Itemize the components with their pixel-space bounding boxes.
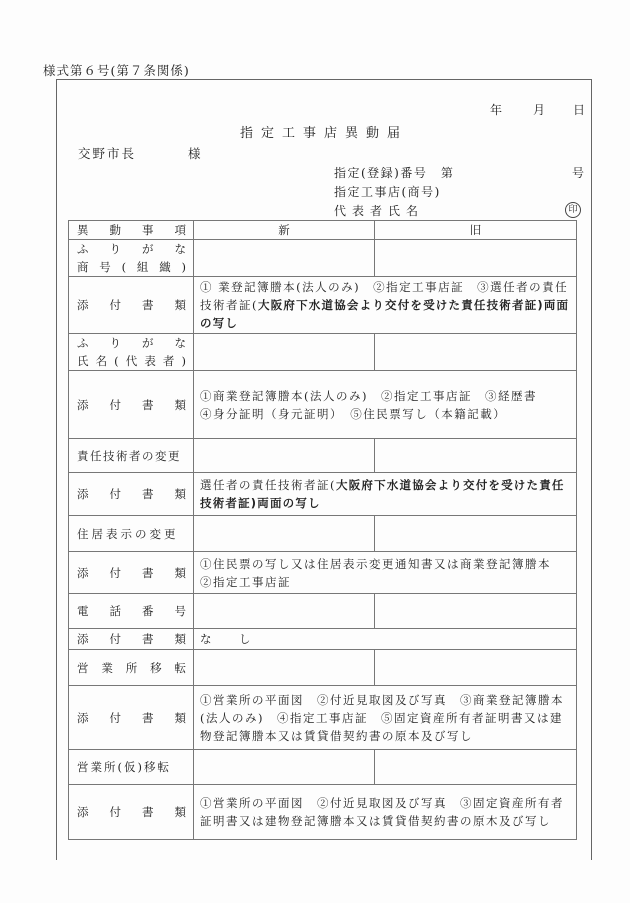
header-old: 旧 bbox=[375, 221, 577, 240]
shogo-new-field[interactable] bbox=[194, 240, 375, 277]
temp-office-new-field[interactable] bbox=[194, 750, 375, 785]
name-new-field[interactable] bbox=[194, 334, 375, 371]
row-label: 添付書類 bbox=[69, 473, 194, 516]
registration-number-label: 指定(登録)番号 第 bbox=[334, 164, 454, 181]
attachments-text: ①営業所の平面図 ②付近見取図及び写真 ③商業登記簿謄本(法人のみ) ④指定工事… bbox=[194, 686, 577, 750]
date-month: 月 bbox=[533, 101, 545, 118]
shop-name-label: 指定工事店(商号) bbox=[334, 183, 441, 200]
row-label: 添付書類 bbox=[69, 277, 194, 334]
address-new-field[interactable] bbox=[194, 516, 375, 552]
addressee: 交野市長様 bbox=[78, 144, 203, 162]
attachments-text: ①商業登記簿謄本(法人のみ) ②指定工事店証 ③経歴書 ④身分証明（身元証明） … bbox=[194, 371, 577, 439]
row-label: ふりがな 氏名(代表者) bbox=[69, 334, 194, 371]
date-day: 日 bbox=[573, 101, 585, 118]
table-row-name: ふりがな 氏名(代表者) bbox=[69, 334, 577, 371]
table-row-attach-3: 添付書類 選任者の責任技術者証(大阪府下水道協会より交付を受けた責任技術者証)両… bbox=[69, 473, 577, 516]
office-new-field[interactable] bbox=[194, 650, 375, 686]
table-row-office: 営業所移転 bbox=[69, 650, 577, 686]
table-row-attach-5: 添付書類 な し bbox=[69, 629, 577, 650]
table-header-row: 異動事項 新 旧 bbox=[69, 221, 577, 240]
attachments-text: ①住民票の写し又は住居表示変更通知書又は商業登記簿謄本 ②指定工事店証 bbox=[194, 552, 577, 594]
seal-icon: 印 bbox=[565, 202, 581, 218]
attach-line: ①住民票の写し又は住居表示変更通知書又は商業登記簿謄本 bbox=[200, 555, 570, 573]
name-label: 氏名(代表者) bbox=[77, 352, 187, 370]
shogo-label: 商号(組織) bbox=[77, 258, 187, 276]
attach-line: ②指定工事店証 bbox=[200, 573, 570, 591]
representative-label: 代表者氏名 bbox=[334, 202, 424, 219]
tech-old-field[interactable] bbox=[375, 439, 577, 473]
change-items-table: 異動事項 新 旧 ふりがな 商号(組織) 添付書類 ① 業登記簿謄本(法人のみ)… bbox=[68, 220, 577, 840]
attachments-text: な し bbox=[194, 629, 577, 650]
name-old-field[interactable] bbox=[375, 334, 577, 371]
registration-number-suffix: 号 bbox=[572, 164, 584, 181]
office-old-field[interactable] bbox=[375, 650, 577, 686]
row-label: 添付書類 bbox=[69, 371, 194, 439]
header-item: 異動事項 bbox=[69, 221, 194, 240]
row-label: 添付書類 bbox=[69, 785, 194, 840]
attach-plain: 選任者の責任技術者証( bbox=[200, 478, 336, 492]
furigana-label: ふりがな bbox=[77, 240, 187, 258]
row-label: 営業所(仮)移転 bbox=[69, 750, 194, 785]
table-row-attach-4: 添付書類 ①住民票の写し又は住居表示変更通知書又は商業登記簿謄本 ②指定工事店証 bbox=[69, 552, 577, 594]
phone-old-field[interactable] bbox=[375, 594, 577, 629]
table-row-tech: 責任技術者の変更 bbox=[69, 439, 577, 473]
document-title: 指定工事店異動届 bbox=[240, 122, 408, 141]
temp-office-old-field[interactable] bbox=[375, 750, 577, 785]
tech-new-field[interactable] bbox=[194, 439, 375, 473]
table-row-attach-2: 添付書類 ①商業登記簿謄本(法人のみ) ②指定工事店証 ③経歴書 ④身分証明（身… bbox=[69, 371, 577, 439]
row-label: 営業所移転 bbox=[69, 650, 194, 686]
attach-line: ①商業登記簿謄本(法人のみ) ②指定工事店証 ③経歴書 bbox=[200, 387, 570, 405]
row-label: ふりがな 商号(組織) bbox=[69, 240, 194, 277]
row-label: 責任技術者の変更 bbox=[69, 439, 194, 473]
addressee-name: 交野市長 bbox=[78, 146, 136, 161]
row-label: 添付書類 bbox=[69, 629, 194, 650]
table-row-address: 住居表示の変更 bbox=[69, 516, 577, 552]
attach-line: ④身分証明（身元証明） ⑤住民票写し（本籍記載） bbox=[200, 405, 570, 423]
header-new: 新 bbox=[194, 221, 375, 240]
form-number: 様式第６号(第７条関係) bbox=[43, 61, 190, 79]
address-old-field[interactable] bbox=[375, 516, 577, 552]
table-row-phone: 電話番号 bbox=[69, 594, 577, 629]
table-row-temp-office: 営業所(仮)移転 bbox=[69, 750, 577, 785]
row-label: 住居表示の変更 bbox=[69, 516, 194, 552]
attachments-text: 選任者の責任技術者証(大阪府下水道協会より交付を受けた責任技術者証)両面の写し bbox=[194, 473, 577, 516]
attachments-text: ①営業所の平面図 ②付近見取図及び写真 ③固定資産所有者証明書又は建物登記簿謄本… bbox=[194, 785, 577, 840]
date-year: 年 bbox=[490, 101, 502, 118]
table-row-shogo: ふりがな 商号(組織) bbox=[69, 240, 577, 277]
shogo-old-field[interactable] bbox=[375, 240, 577, 277]
table-row-attach-7: 添付書類 ①営業所の平面図 ②付近見取図及び写真 ③固定資産所有者証明書又は建物… bbox=[69, 785, 577, 840]
furigana-label: ふりがな bbox=[77, 334, 187, 352]
attachments-text: ① 業登記簿謄本(法人のみ) ②指定工事店証 ③選任者の責任技術者証(大阪府下水… bbox=[194, 277, 577, 334]
addressee-honorific: 様 bbox=[188, 146, 203, 161]
row-label: 添付書類 bbox=[69, 552, 194, 594]
phone-new-field[interactable] bbox=[194, 594, 375, 629]
row-label: 電話番号 bbox=[69, 594, 194, 629]
table-row-attach-6: 添付書類 ①営業所の平面図 ②付近見取図及び写真 ③商業登記簿謄本(法人のみ) … bbox=[69, 686, 577, 750]
table-row-attach-1: 添付書類 ① 業登記簿謄本(法人のみ) ②指定工事店証 ③選任者の責任技術者証(… bbox=[69, 277, 577, 334]
row-label: 添付書類 bbox=[69, 686, 194, 750]
